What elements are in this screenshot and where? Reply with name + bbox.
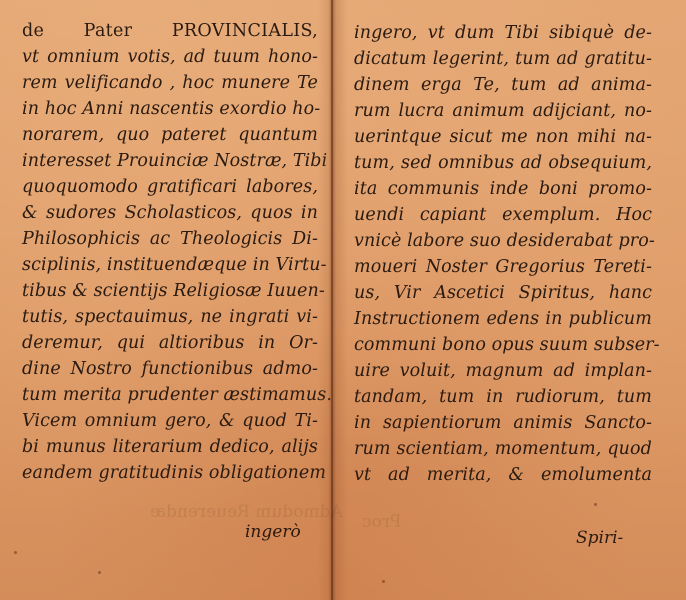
- left-page: Admodum Reuerendæ de Pater PROVINCIALIS,…: [0, 0, 332, 600]
- right-page-text: ingero, vt dum Tibi sibiquè de- dicatum …: [354, 20, 652, 488]
- right-page: Proc ingero, vt dum Tibi sibiquè de- dic…: [332, 0, 686, 600]
- text-line: quoquomodo gratificari labores,: [22, 174, 318, 200]
- text-line: ita communis inde boni promo-: [354, 176, 652, 202]
- text-line: Vicem omnium gero, & quod Ti-: [22, 408, 318, 434]
- text-line: tum, sed omnibus ad obsequium,: [354, 150, 652, 176]
- catchword: Spiri-: [576, 528, 623, 548]
- text-line: dine Nostro functionibus admo-: [22, 356, 318, 382]
- bleed-through-text: Admodum Reuerendæ: [150, 502, 343, 522]
- text-line: tum merita prudenter æstimamus.: [22, 382, 318, 408]
- text-line: dinem erga Te, tum ad anima-: [354, 72, 652, 98]
- text-line: interesset Prouinciæ Nostræ, Tibi: [22, 148, 318, 174]
- paper-speck: [14, 551, 17, 554]
- text-line: uerintque sicut me non mihi na-: [354, 124, 652, 150]
- text-line: rem velificando , hoc munere Te: [22, 70, 318, 96]
- text-line: tibus & scientijs Religiosæ Iuuen-: [22, 278, 318, 304]
- bleed-through-text: Proc: [362, 512, 401, 532]
- text-line: moueri Noster Gregorius Tereti-: [354, 254, 652, 280]
- text-line: tutis, spectauimus, ne ingrati vi-: [22, 304, 318, 330]
- text-line: sciplinis, instituendæque in Virtu-: [22, 252, 318, 278]
- text-line: ingero, vt dum Tibi sibiquè de-: [354, 20, 652, 46]
- text-line: uire voluit, magnum ad implan-: [354, 358, 652, 384]
- text-line: norarem, quo pateret quantum: [22, 122, 318, 148]
- book-spread: Admodum Reuerendæ de Pater PROVINCIALIS,…: [0, 0, 686, 600]
- text-line: uendi capiant exemplum. Hoc: [354, 202, 652, 228]
- catchword: ingerò: [245, 522, 301, 542]
- text-line: vnicè labore suo desiderabat pro-: [354, 228, 652, 254]
- text-line: eandem gratitudinis obligationem: [22, 460, 318, 486]
- text-line: us, Vir Ascetici Spiritus, hanc: [354, 280, 652, 306]
- text-line: rum lucra animum adijciant, no-: [354, 98, 652, 124]
- text-line: dicatum legerint, tum ad gratitu-: [354, 46, 652, 72]
- paper-speck: [594, 503, 597, 506]
- text-line: in hoc Anni nascentis exordio ho-: [22, 96, 318, 122]
- text-line: vt omnium votis, ad tuum hono-: [22, 44, 318, 70]
- text-line: deremur, qui altioribus in Or-: [22, 330, 318, 356]
- text-line: & sudores Scholasticos, quos in: [22, 200, 318, 226]
- text-line: in sapientiorum animis Sancto-: [354, 410, 652, 436]
- left-page-text: de Pater PROVINCIALIS, vt omnium votis, …: [22, 18, 318, 486]
- paper-speck: [382, 580, 385, 583]
- text-line: rum scientiam, momentum, quod: [354, 436, 652, 462]
- text-line: tandam, tum in rudiorum, tum: [354, 384, 652, 410]
- text-line: Philosophicis ac Theologicis Di-: [22, 226, 318, 252]
- text-line: de Pater PROVINCIALIS,: [22, 18, 318, 44]
- text-line: Instructionem edens in publicum: [354, 306, 652, 332]
- text-line: communi bono opus suum subser-: [354, 332, 652, 358]
- text-line: vt ad merita, & emolumenta: [354, 462, 652, 488]
- text-line: bi munus literarium dedico, alijs: [22, 434, 318, 460]
- paper-speck: [98, 571, 101, 574]
